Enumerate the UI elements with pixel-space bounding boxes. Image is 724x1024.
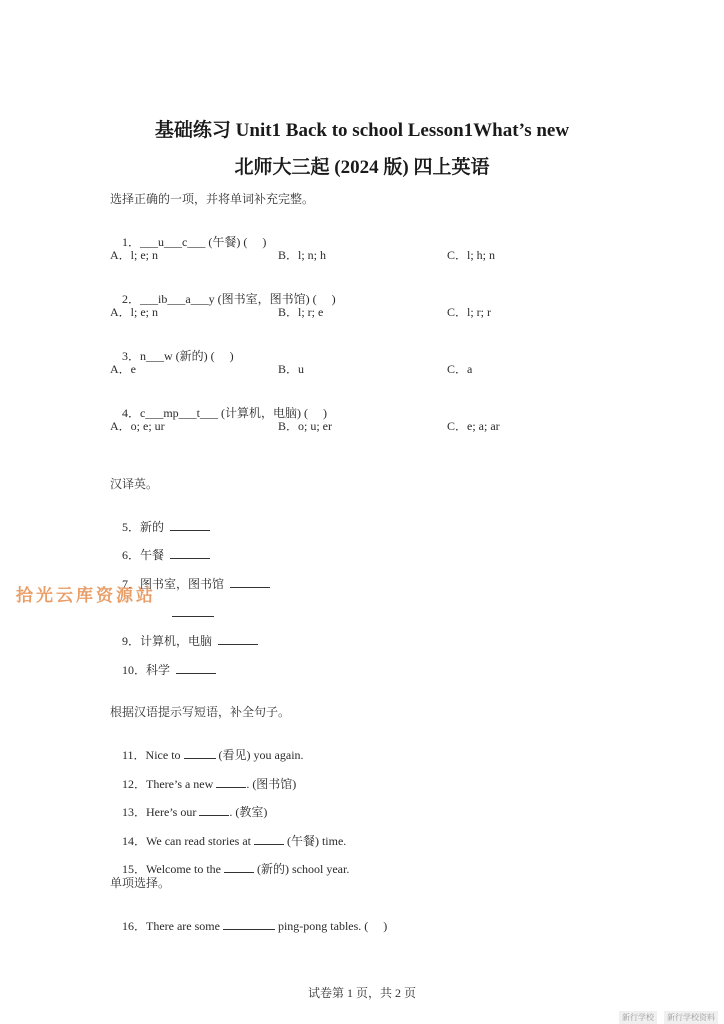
item-text: (新的) school year. [254,862,349,876]
exam-page: 基础练习 Unit1 Back to school Lesson1What’s … [0,0,724,1024]
option-a: A．l; e; n [110,247,158,263]
answer-blank[interactable] [216,776,246,788]
question-stem: n___w (新的) ( ) [140,349,234,363]
option-a: A．l; e; n [110,304,158,320]
option-a: A．o; e; ur [110,418,165,434]
option-c: C．l; r; r [447,304,491,320]
watermark: 拾光云库资源站 [16,581,156,606]
item-text: ping-pong tables. ( ) [275,919,387,933]
answer-blank[interactable] [170,547,210,559]
section3-instruction: 根据汉语提示写短语，补全句子。 [110,703,290,720]
page-footer: 试卷第 1 页，共 2 页 [0,984,724,1001]
option-c: C．a [447,361,472,377]
option-b: B．u [278,361,304,377]
item-text: 16．There are some [122,919,223,933]
translation-item-10: 10．科学 [110,646,216,694]
answer-blank[interactable] [230,576,270,588]
option-c: C．e; a; ar [447,418,500,434]
page-subtitle: 北师大三起 (2024 版) 四上英语 [0,152,724,179]
answer-blank[interactable] [254,833,284,845]
section1-instruction: 选择正确的一项，并将单词补充完整。 [110,190,314,207]
question-stem: ___u___c___ (午餐) ( ) [140,235,266,249]
answer-blank[interactable] [184,747,216,759]
answer-blank[interactable] [170,519,210,531]
page-title: 基础练习 Unit1 Back to school Lesson1What’s … [0,115,724,142]
option-b: B．l; r; e [278,304,323,320]
section2-instruction: 汉译英。 [110,475,158,492]
item-text: 10．科学 [122,663,170,677]
choice-item-16: 16．There are some ping-pong tables. ( ) [110,902,387,950]
option-b: B．l; n; h [278,247,326,263]
stamp-label: 新行学校资料 [664,1011,718,1024]
section4-instruction: 单项选择。 [110,874,170,891]
option-a: A．e [110,361,136,377]
option-c: C．l; h; n [447,247,495,263]
answer-blank[interactable] [218,633,258,645]
answer-blank[interactable] [224,861,254,873]
stamp-label: 新行学校 [619,1011,657,1024]
answer-blank[interactable] [223,918,275,930]
answer-blank[interactable] [199,804,229,816]
answer-blank[interactable] [176,662,216,674]
answer-blank[interactable] [172,605,214,617]
option-b: B．o; u; er [278,418,332,434]
